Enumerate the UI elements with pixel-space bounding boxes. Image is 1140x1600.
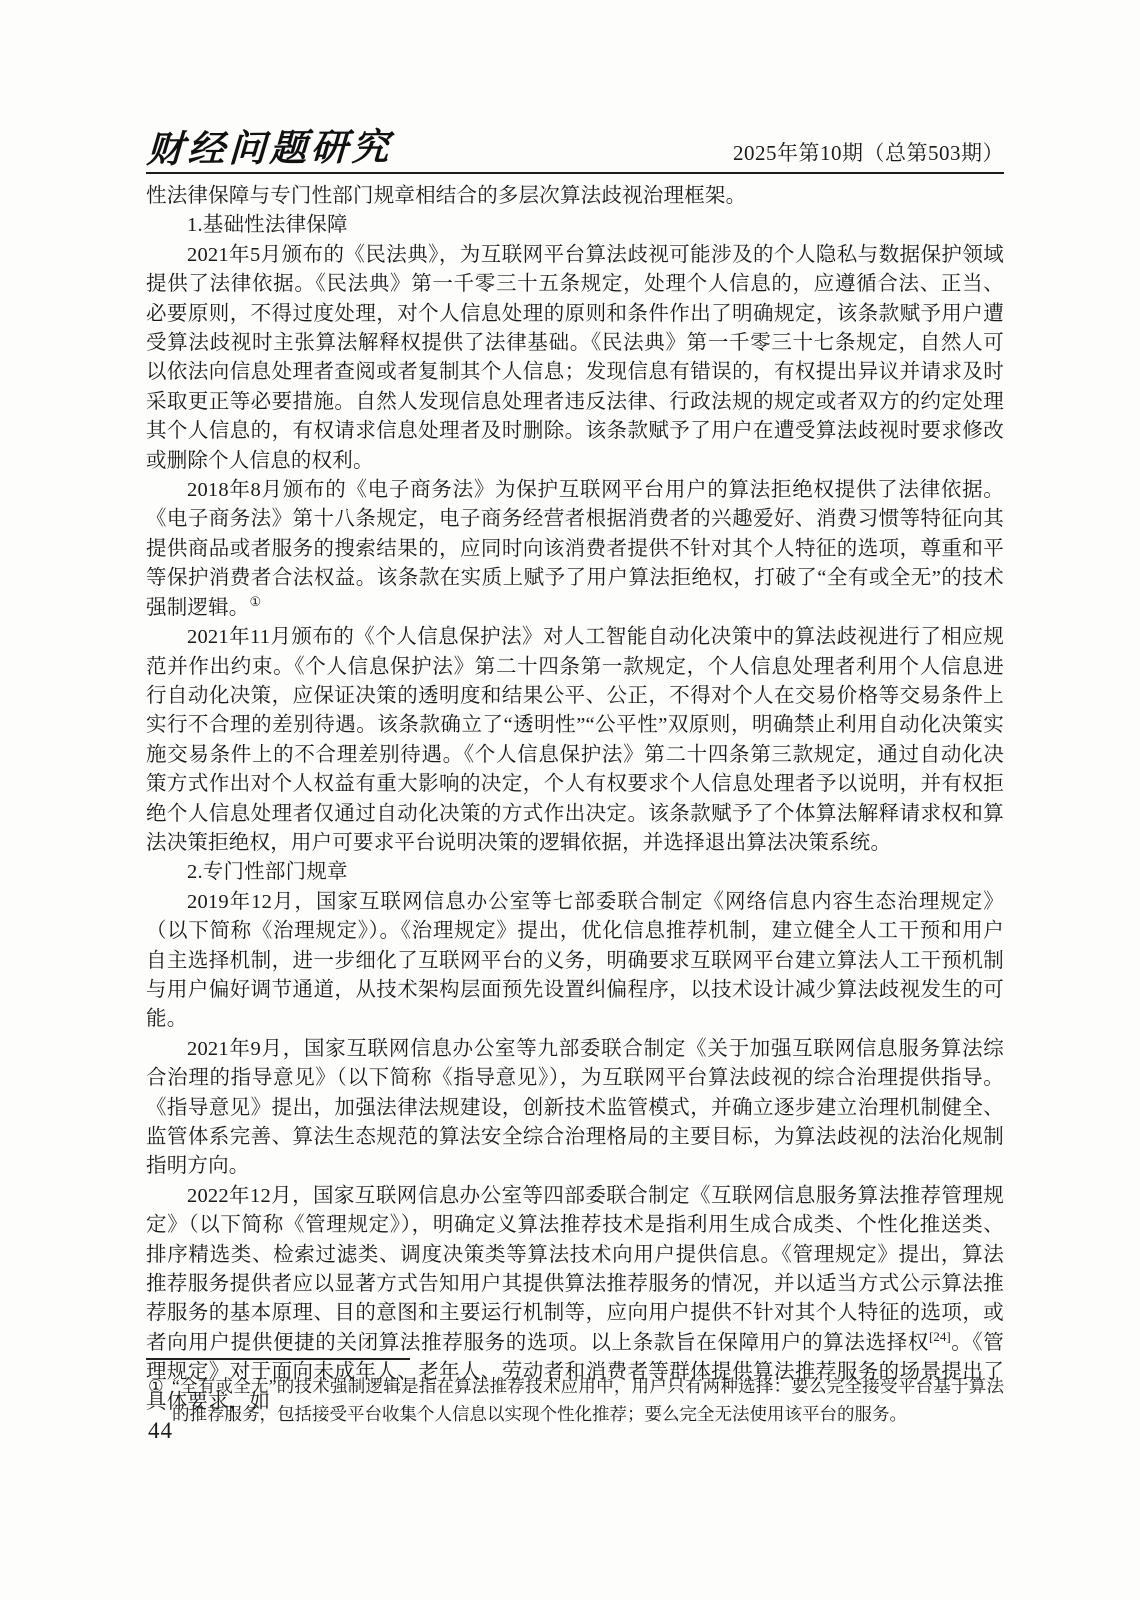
footnote-area: ①“全有或全无”的技术强制逻辑是指在算法推荐技术应用中，用户只有两种选择：要么完… [146,1358,1004,1428]
paragraph-ecommerce-text: 2018年8月颁布的《电子商务法》为保护互联网平台用户的算法拒绝权提供了法律依据… [146,479,1004,619]
paragraph-ecology: 2019年12月，国家互联网信息办公室等七部委联合制定《网络信息内容生态治理规定… [146,888,1004,1035]
footnote-1: ①“全有或全无”的技术强制逻辑是指在算法推荐技术应用中，用户只有两种选择：要么完… [146,1372,1004,1428]
issue-info: 2025年第10期（总第503期） [733,141,1004,169]
section-heading-2: 2.专门性部门规章 [146,858,1004,887]
paragraph-guidance: 2021年9月，国家互联网信息办公室等九部委联合制定《关于加强互联网信息服务算法… [146,1035,1004,1182]
page-header: 财经问题研究 2025年第10期（总第503期） [146,120,1004,174]
journal-logo: 财经问题研究 [146,129,394,169]
paragraph-pipl: 2021年11月颁布的《个人信息保护法》对人工智能自动化决策中的算法歧视进行了相… [146,623,1004,858]
footnote-ref-1: ① [250,594,262,609]
journal-page: 财经问题研究 2025年第10期（总第503期） 性法律保障与专门性部门规章相结… [0,0,1140,1600]
article-body: 性法律保障与专门性部门规章相结合的多层次算法歧视治理框架。 1.基础性法律保障 … [146,182,1004,1417]
section-heading-1: 1.基础性法律保障 [146,211,1004,240]
footnote-marker: ① [148,1372,164,1400]
footnote-text: “全有或全无”的技术强制逻辑是指在算法推荐技术应用中，用户只有两种选择：要么完全… [172,1376,1004,1424]
paragraph-continuation: 性法律保障与专门性部门规章相结合的多层次算法歧视治理框架。 [146,182,1004,211]
footnote-separator [146,1358,410,1360]
paragraph-civil-code: 2021年5月颁布的《民法典》，为互联网平台算法歧视可能涉及的个人隐私与数据保护… [146,241,1004,476]
page-number: 44 [148,1418,173,1444]
paragraph-regulation-text-before: 2022年12月，国家互联网信息办公室等四部委联合制定《互联网信息服务算法推荐管… [146,1185,1004,1354]
citation-ref-24: [24] [929,1329,951,1344]
paragraph-ecommerce: 2018年8月颁布的《电子商务法》为保护互联网平台用户的算法拒绝权提供了法律依据… [146,476,1004,623]
